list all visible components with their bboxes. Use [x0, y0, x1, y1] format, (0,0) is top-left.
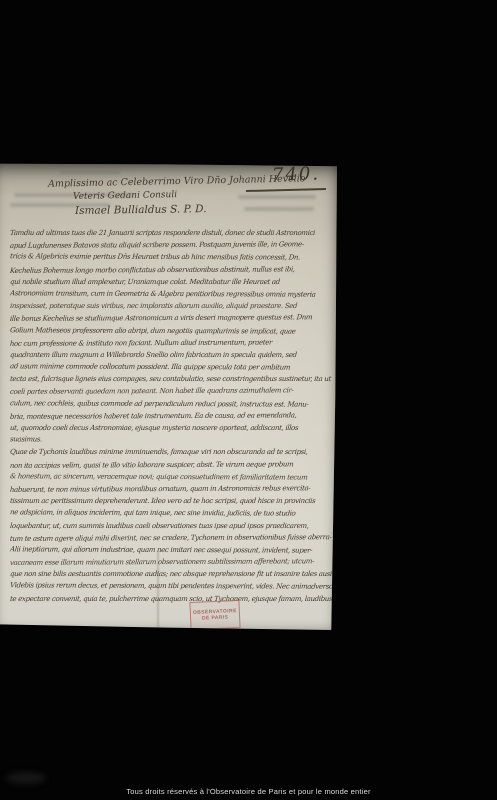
manuscript-line: ne adspiciam, in aliquos inciderim, qui … — [10, 507, 337, 521]
manuscript-line: qui nobile studium illud amplexetur, Ura… — [9, 276, 336, 288]
ink-bleed-through — [60, 171, 120, 174]
manuscript-line: Videbis ipsius rerum decus, et pensionem… — [10, 580, 337, 594]
manuscript-photograph: Amplissimo ac Celeberrimo Viro Dño Johan… — [0, 0, 497, 800]
manuscript-line: Tamdiu ad ultimas tuas die 21 Januarii s… — [9, 227, 336, 239]
manuscript-line: ut, quomodo coeli decus Astronomiae, eju… — [9, 422, 336, 434]
manuscript-line: tricis & Algebricis eximie peritus Dñs H… — [10, 251, 337, 265]
manuscript-line: hoc cum professione & instituto non faci… — [9, 336, 336, 350]
archive-number-underline — [246, 188, 326, 192]
manuscript-line: Golium Matheseos professorem alio abripi… — [10, 324, 337, 338]
observatoire-de-paris-stamp: OBSERVATOIRE DE PARIS — [189, 600, 240, 630]
archive-number: 740. — [272, 163, 321, 185]
manuscript-line: loquebantur, ut, cum summis laudibus cae… — [9, 520, 336, 532]
manuscript-page: Amplissimo ac Celeberrimo Viro Dño Johan… — [0, 163, 337, 630]
manuscript-line: Kechelius Bohemus longo morbo conflictat… — [9, 263, 336, 277]
photo-smudge — [6, 772, 46, 784]
letter-address-line: Amplissimo ac Celeberrimo Viro Dño Johan… — [48, 173, 306, 189]
manuscript-line: quadrantem illum magnum a Willebrordo Sn… — [9, 349, 336, 361]
manuscript-line: habuerunt, te non minus virtutibus moral… — [9, 482, 336, 496]
copyright-caption: Tous droits réservés à l'Observatoire de… — [0, 787, 497, 796]
manuscript-line: tissimum ac peritissimum deprehenderunt.… — [9, 495, 336, 507]
manuscript-line: te expectare convenit, quia te, pulcherr… — [9, 593, 336, 605]
stamp-text: DE PARIS — [202, 614, 229, 622]
manuscript-line: coeli partes observanti quaedam non pate… — [9, 385, 336, 399]
manuscript-line: Astronomiam transitum, cum in Geometria … — [10, 287, 337, 301]
ink-bleed-through — [238, 195, 316, 199]
manuscript-line: ad usum minime commode collocatum possid… — [10, 360, 337, 374]
manuscript-line: bria, montesque necessarios haberet tale… — [9, 409, 336, 423]
manuscript-line: Quae de Tychonis laudibus minime imminue… — [9, 446, 336, 458]
ink-bleed-through — [244, 207, 314, 211]
letter-body: Tamdiu ad ultimas tuas die 21 Januarii s… — [10, 227, 336, 605]
letter-sender-salutation: Ismael Bullialdus S. P. D. — [75, 203, 207, 217]
letter-address-line: Veteris Gedani Consuli — [73, 190, 177, 202]
manuscript-line: ille bonus Kechelius se studiumque Astro… — [9, 311, 336, 325]
